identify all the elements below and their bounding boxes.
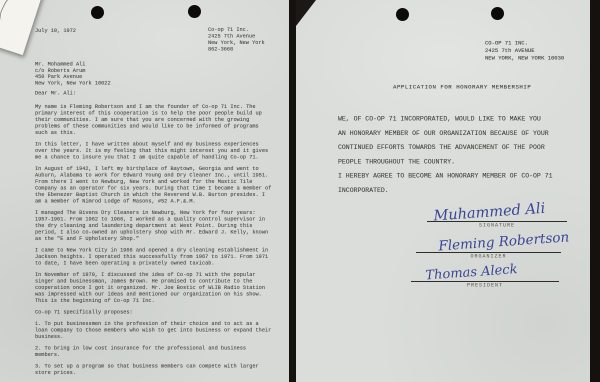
letter-proposal-item: 1. To put businessmen in the profession …	[35, 321, 274, 341]
application-company-name: CO-OP 71 INC.	[485, 40, 564, 48]
application-company-address1: 2425 7th AVENUE	[485, 48, 564, 56]
letter-paragraph: In August of 1942, I left my birthplace …	[35, 166, 274, 205]
letter-proposal-item: 3. To set up a program so that business …	[35, 364, 274, 377]
letter-salutation: Dear Mr. Ali:	[35, 91, 274, 98]
signature-line	[416, 252, 561, 253]
letter-paragraph: I came to New York City in 1966 and open…	[35, 248, 274, 268]
letter-date: July 10, 1972	[35, 28, 274, 35]
signature-block-organizer: Fleming Robertson ORGANIZER	[416, 239, 561, 260]
punch-hole	[91, 6, 104, 19]
page-corner-shadow	[296, 0, 316, 26]
punch-hole	[188, 5, 201, 18]
punch-hole	[491, 7, 504, 20]
letter-recipient-block: Mr. Mohammed Ali c/o Roberts Arum 450 Pa…	[35, 62, 274, 87]
recipient-city: New York, New York 10022	[35, 80, 274, 86]
signature-block-president: Thomas Aleck PRESIDENT	[411, 268, 559, 289]
signature-handwriting-president: Thomas Aleck	[425, 259, 559, 283]
application-agreement-paragraph: I HEREBY AGREE TO BECOME AN HONORARY MEM…	[338, 169, 568, 198]
punch-hole	[396, 8, 409, 21]
letter-page: Co-op 71 Inc. 2425 7th Avenue New York, …	[0, 0, 289, 382]
signature-handwriting-ali: Muhammed Ali	[433, 199, 567, 223]
signature-handwriting-organizer: Fleming Robertson	[438, 231, 561, 254]
letter-paragraph: In November of 1970, I discussed the ide…	[35, 272, 274, 305]
application-page: CO-OP 71 INC. 2425 7th AVENUE NEW YORK, …	[296, 0, 590, 382]
signature-label: PRESIDENT	[411, 283, 559, 289]
letter-paragraph: My name is Fleming Robertson and I am th…	[35, 104, 274, 137]
application-company-address2: NEW YORK, NEW YORK 10030	[485, 55, 564, 63]
letter-proposal-item: 2. To bring in low cost insurance for th…	[35, 346, 274, 359]
letter-proposal-intro: Co-op 71 specifically proposes:	[35, 310, 274, 317]
application-company-block: CO-OP 71 INC. 2425 7th AVENUE NEW YORK, …	[485, 40, 564, 63]
application-title: APPLICATION FOR HONORARY MEMBERSHIP	[393, 84, 531, 91]
signature-label: ORGANIZER	[416, 254, 561, 260]
signature-block-ali: Muhammed Ali SIGNATURE	[427, 208, 567, 229]
letter-paragraph: I managed The Bivens Dry Cleaners in New…	[35, 210, 274, 243]
signature-label: SIGNATURE	[427, 223, 567, 229]
application-body-paragraph: WE, OF CO-OP 71 INCORPORATED, WOULD LIKE…	[338, 112, 568, 169]
letter-paragraph: In this letter, I have written about mys…	[35, 142, 274, 162]
